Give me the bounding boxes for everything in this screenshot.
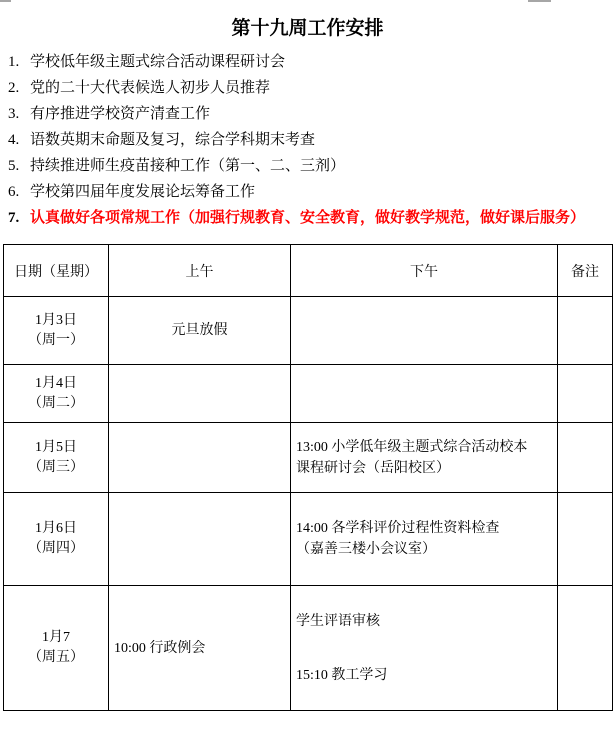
cell-morning [109, 423, 291, 493]
list-item-7-emphasis: 7.认真做好各项常规工作（加强行规教育、安全教育，做好教学规范，做好课后服务） [8, 205, 603, 231]
list-item-text: 学校第四届年度发展论坛筹备工作 [30, 184, 255, 200]
list-item-3: 3.有序推进学校资产清查工作 [8, 101, 603, 127]
col-header-morning: 上午 [109, 245, 291, 297]
cell-morning: 10:00 行政例会 [109, 586, 291, 711]
cell-morning: 元旦放假 [109, 297, 291, 365]
list-item-text: 语数英期末命题及复习，综合学科期末考查 [30, 132, 315, 148]
list-item-5: 5.持续推进师生疫苗接种工作（第一、二、三剂） [8, 153, 603, 179]
list-item-number: 7. [8, 205, 21, 231]
cell-morning [109, 493, 291, 586]
list-item-text-emphasis: 认真做好各项常规工作（加强行规教育、安全教育，做好教学规范，做好课后服务） [30, 210, 585, 226]
list-item-number: 1. [8, 49, 21, 75]
list-item-text: 党的二十大代表候选人初步人员推荐 [30, 80, 270, 96]
list-item-number: 5. [8, 153, 21, 179]
cell-note [558, 365, 613, 423]
col-header-afternoon: 下午 [291, 245, 558, 297]
list-item-number: 3. [8, 101, 21, 127]
list-item-number: 4. [8, 127, 21, 153]
list-item-number: 2. [8, 75, 21, 101]
list-item-text: 有序推进学校资产清查工作 [30, 106, 210, 122]
cell-note [558, 423, 613, 493]
cell-date: 1月5日 （周三） [4, 423, 109, 493]
list-item-6: 6.学校第四届年度发展论坛筹备工作 [8, 179, 603, 205]
screen-artifact-top-left [0, 0, 11, 2]
list-item-4: 4.语数英期末命题及复习，综合学科期末考查 [8, 127, 603, 153]
page-title: 第十九周工作安排 [0, 0, 615, 39]
col-header-note: 备注 [558, 245, 613, 297]
cell-afternoon [291, 365, 558, 423]
list-item-1: 1.学校低年级主题式综合活动课程研讨会 [8, 49, 603, 75]
table-row-jan4: 1月4日 （周二） [4, 365, 613, 423]
cell-date: 1月7 （周五） [4, 586, 109, 711]
cell-date: 1月6日 （周四） [4, 493, 109, 586]
cell-afternoon: 学生评语审核 15:10 教工学习 [291, 586, 558, 711]
list-item-text: 学校低年级主题式综合活动课程研讨会 [30, 54, 285, 70]
task-list: 1.学校低年级主题式综合活动课程研讨会 2.党的二十大代表候选人初步人员推荐 3… [0, 39, 615, 231]
list-item-number: 6. [8, 179, 21, 205]
screen-artifact-top-middle [528, 0, 551, 2]
cell-afternoon [291, 297, 558, 365]
cell-date: 1月3日 （周一） [4, 297, 109, 365]
list-item-text: 持续推进师生疫苗接种工作（第一、二、三剂） [30, 158, 345, 174]
cell-note [558, 586, 613, 711]
cell-note [558, 297, 613, 365]
cell-note [558, 493, 613, 586]
cell-morning [109, 365, 291, 423]
table-header-row: 日期（星期） 上午 下午 备注 [4, 245, 613, 297]
table-row-jan6: 1月6日 （周四） 14:00 各学科评价过程性资料检查 （嘉善三楼小会议室） [4, 493, 613, 586]
table-row-jan3: 1月3日 （周一） 元旦放假 [4, 297, 613, 365]
table-row-jan5: 1月5日 （周三） 13:00 小学低年级主题式综合活动校本 课程研讨会（岳阳校… [4, 423, 613, 493]
list-item-2: 2.党的二十大代表候选人初步人员推荐 [8, 75, 603, 101]
document-page: 第十九周工作安排 1.学校低年级主题式综合活动课程研讨会 2.党的二十大代表候选… [0, 0, 615, 711]
col-header-date: 日期（星期） [4, 245, 109, 297]
table-row-jan7: 1月7 （周五） 10:00 行政例会 学生评语审核 15:10 教工学习 [4, 586, 613, 711]
cell-date: 1月4日 （周二） [4, 365, 109, 423]
schedule-table: 日期（星期） 上午 下午 备注 1月3日 （周一） 元旦放假 1月4日 （周二）… [3, 244, 613, 711]
cell-afternoon: 13:00 小学低年级主题式综合活动校本 课程研讨会（岳阳校区） [291, 423, 558, 493]
cell-afternoon: 14:00 各学科评价过程性资料检查 （嘉善三楼小会议室） [291, 493, 558, 586]
